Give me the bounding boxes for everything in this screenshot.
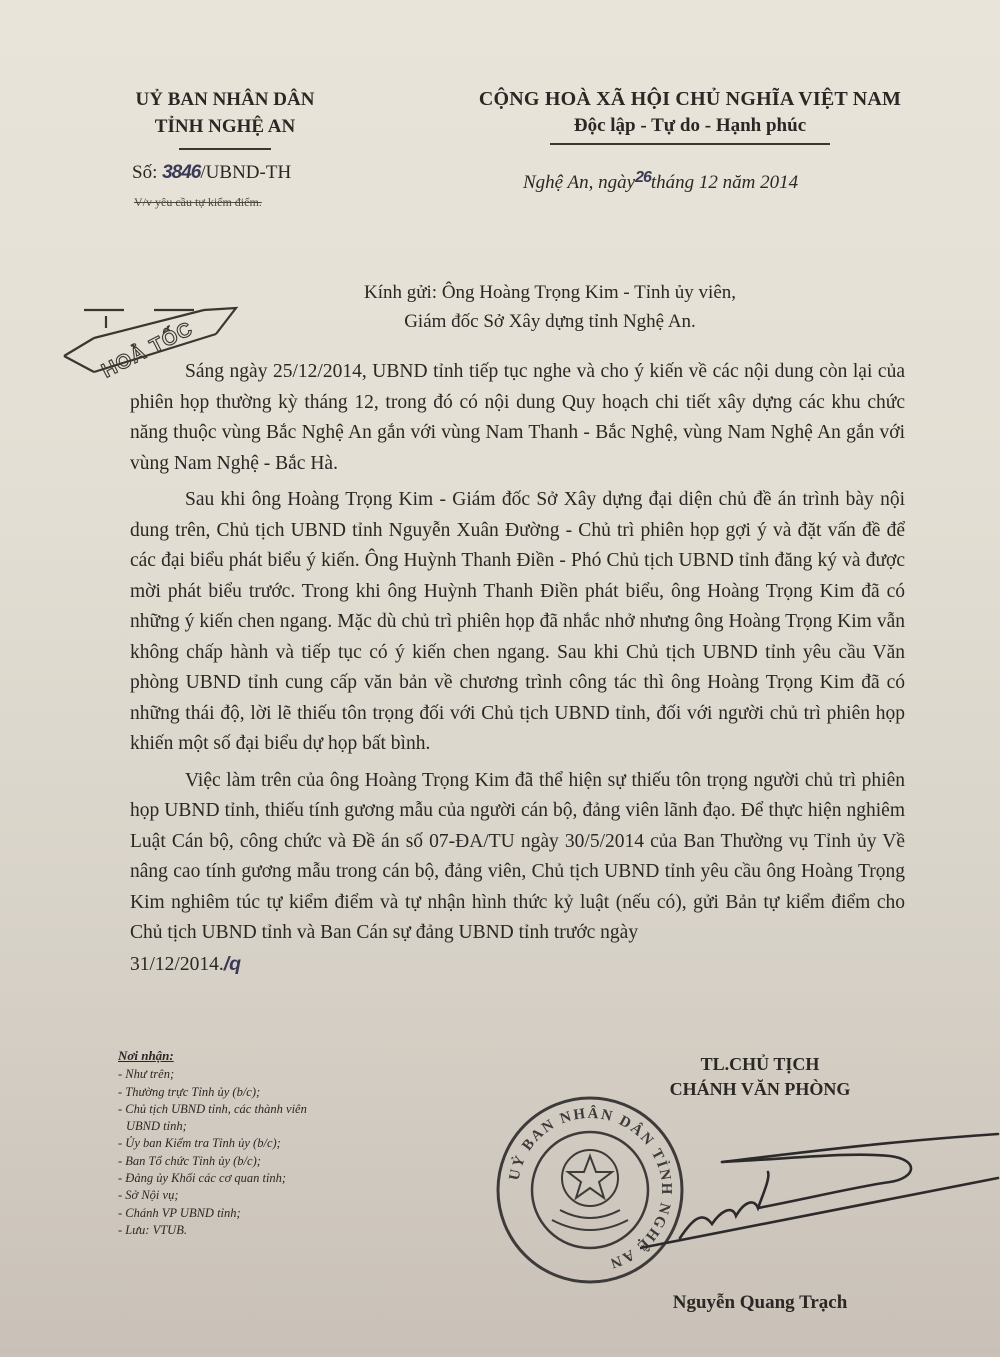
issuing-agency: UỶ BAN NHÂN DÂN TỈNH NGHỆ AN xyxy=(110,86,340,150)
agency-underline xyxy=(179,148,271,150)
date-prefix: Nghệ An, ngày xyxy=(523,172,635,193)
distribution-item: - Sở Nội vụ; xyxy=(118,1187,408,1204)
document-number: Số: 3846/UBND-TH xyxy=(132,162,291,184)
handwritten-signature-icon xyxy=(640,1120,1000,1260)
nation-name: CỘNG HOÀ XÃ HỘI CHỦ NGHĨA VIỆT NAM xyxy=(440,88,940,111)
addressee: Kính gửi: Ông Hoàng Trọng Kim - Tỉnh ủy … xyxy=(270,278,830,336)
distribution-item: - Như trên; xyxy=(118,1066,408,1083)
document-subject: V/v yêu cầu tự kiểm điểm. xyxy=(134,195,262,210)
handwritten-number: 3846 xyxy=(162,162,200,183)
body-paragraph-2: Sau khi ông Hoàng Trọng Kim - Giám đốc S… xyxy=(130,485,905,760)
distribution-item: UBND tỉnh; xyxy=(118,1118,408,1135)
handwritten-day: 26 xyxy=(635,169,651,186)
agency-line-2: TỈNH NGHỆ AN xyxy=(110,113,340,140)
deadline-line: 31/12/2014./q xyxy=(130,949,905,981)
number-label: Số: xyxy=(132,162,157,183)
date-suffix: tháng 12 năm 2014 xyxy=(651,172,798,193)
addressee-line-2: Giám đốc Sở Xây dựng tỉnh Nghệ An. xyxy=(270,307,830,336)
distribution-item: - Chủ tịch UBND tỉnh, các thành viên xyxy=(118,1101,408,1118)
addressee-line-1: Kính gửi: Ông Hoàng Trọng Kim - Tỉnh ủy … xyxy=(270,278,830,307)
number-suffix: /UBND-TH xyxy=(200,162,291,183)
body-paragraph-3: Việc làm trên của ông Hoàng Trọng Kim đã… xyxy=(130,766,905,949)
document-date: Nghệ An, ngày26tháng 12 năm 2014 xyxy=(523,172,798,194)
motto-underline xyxy=(550,143,830,145)
distribution-item: - Thường trực Tỉnh ủy (b/c); xyxy=(118,1084,408,1101)
distribution-list: Nơi nhận: - Như trên; - Thường trực Tỉnh… xyxy=(118,1047,408,1239)
distribution-item: - Ủy ban Kiểm tra Tỉnh ủy (b/c); xyxy=(118,1135,408,1152)
distribution-item: - Ban Tổ chức Tỉnh ủy (b/c); xyxy=(118,1153,408,1170)
agency-line-1: UỶ BAN NHÂN DÂN xyxy=(110,86,340,113)
distribution-item: - Lưu: VTUB. xyxy=(118,1222,408,1239)
national-motto: Độc lập - Tự do - Hạnh phúc xyxy=(440,115,940,137)
letter-body: Sáng ngày 25/12/2014, UBND tỉnh tiếp tục… xyxy=(130,357,905,986)
signer-name: Nguyễn Quang Trạch xyxy=(620,1292,900,1314)
distribution-item: - Đảng ủy Khối các cơ quan tỉnh; xyxy=(118,1170,408,1187)
signatory-title-line-1: TL.CHỦ TỊCH xyxy=(620,1052,900,1077)
distribution-item: - Chánh VP UBND tỉnh; xyxy=(118,1205,408,1222)
deadline-date: 31/12/2014. xyxy=(130,954,224,975)
body-paragraph-1: Sáng ngày 25/12/2014, UBND tỉnh tiếp tục… xyxy=(130,357,905,479)
official-letter-page: UỶ BAN NHÂN DÂN TỈNH NGHỆ AN Số: 3846/UB… xyxy=(0,0,1000,1357)
handwritten-mark: /q xyxy=(224,953,241,975)
national-header: CỘNG HOÀ XÃ HỘI CHỦ NGHĨA VIỆT NAM Độc l… xyxy=(440,88,940,145)
distribution-label: Nơi nhận: xyxy=(118,1047,408,1064)
